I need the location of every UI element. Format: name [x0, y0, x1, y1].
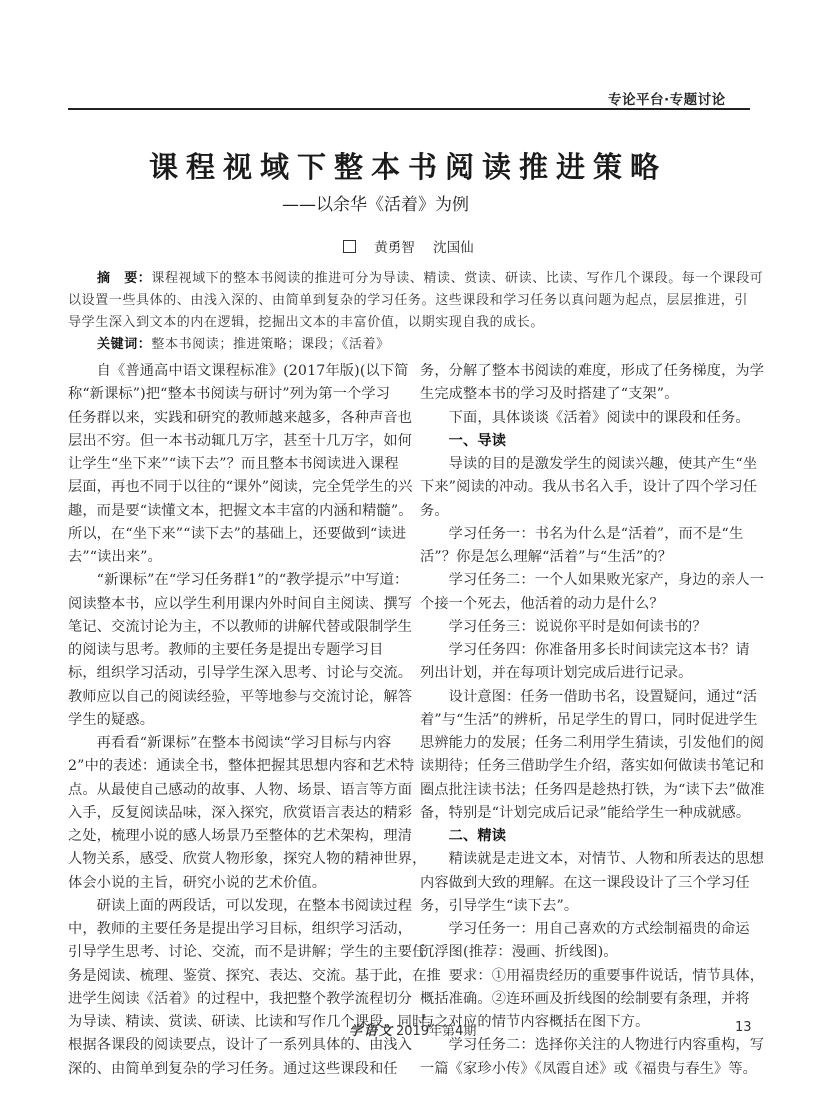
paragraph-line: 学习任务一：书名为什么是“活着”，而不是“生: [420, 523, 750, 543]
paragraph-line: 进学生阅读《活着》的过程中，我把整个教学流程切分: [68, 988, 398, 1008]
running-header-section: 专论平台·专题讨论: [608, 88, 726, 108]
paragraph-line: 精读就是走进文本，对情节、人物和所表达的思想: [420, 848, 750, 868]
paragraph-line: 个接一个死去，他活着的动力是什么？: [420, 593, 750, 613]
paragraph-line: “新课标”在“学习任务群1”的“教学提示”中写道：: [68, 569, 398, 589]
footer-journal-name: 学语文: [349, 1020, 394, 1039]
paragraph-line: 点。从最使自己感动的故事、人物、场景、语言等方面: [68, 779, 398, 799]
paragraph-line: 学生的疑惑。: [68, 709, 398, 729]
paragraph-line: 人物关系，感受、欣赏人物形象，探究人物的精神世界，: [68, 848, 398, 868]
keywords-label: 关键词：: [97, 337, 151, 352]
paragraph-line: 学习任务一：用自己喜欢的方式绘制福贵的命运: [420, 918, 750, 938]
paragraph-line: 导读的目的是激发学生的阅读兴趣，使其产生“坐: [420, 453, 750, 473]
header-rule: [68, 108, 750, 110]
paragraph-line: 体会小说的主旨，研究小说的艺术价值。: [68, 872, 398, 892]
author-name: 沈国仙: [433, 240, 474, 256]
paragraph-line: 自《普通高中语文课程标准》(2017年版)(以下简: [68, 360, 398, 380]
paragraph-line: 设计意图：任务一借助书名，设置疑问，通过“活: [420, 686, 750, 706]
paragraph-line: 称“新课标”)把“整本书阅读与研讨”列为第一个学习: [68, 383, 398, 403]
author-name: 黄勇智: [374, 240, 415, 256]
author-box-icon: [343, 240, 356, 253]
paragraph-line: 任务群以来，实践和研究的教师越来越多，各种声音也: [68, 407, 398, 427]
paragraph-line: 教师应以自己的阅读经验，平等地参与交流讨论，解答: [68, 686, 398, 706]
paragraph-line: 趣，而是要“读懂文本，把握文本丰富的内涵和精髓”。: [68, 500, 398, 520]
paragraph-line: 下来”阅读的冲动。我从书名入手，设计了四个学习任: [420, 476, 750, 496]
paragraph-line: 入手，反复阅读品味，深入探究，欣赏语言表达的精彩: [68, 802, 398, 822]
paragraph-line: 所以，在“坐下来”“读下去”的基础上，还要做到“读进: [68, 523, 398, 543]
keywords-text: 整本书阅读；推进策略；课段；《活着》: [151, 337, 389, 352]
abstract-line: 导学生深入到文本的内在逻辑，挖掘出文本的丰富价值，以期实现自我的成长。: [68, 311, 544, 330]
abstract-text: 课程视域下的整本书阅读的推进可分为导读、精读、赏读、研读、比读、写作几个课段。每…: [151, 271, 763, 286]
paragraph-line: 内容做到大致的理解。在这一课段设计了三个学习任: [420, 872, 750, 892]
paragraph-line: 要求：①用福贵经历的重要事件说话，情节具体，: [420, 965, 750, 985]
paragraph-line: 学习任务二：一个人如果败光家产，身边的亲人一: [420, 569, 750, 589]
paragraph-line: 引导学生思考、讨论、交流，而不是讲解；学生的主要任: [68, 941, 398, 961]
paragraph-line: 思辨能力的发展；任务二利用学生猜读，引发他们的阅: [420, 732, 750, 752]
paragraph-line: 阅读整本书，应以学生利用课内外时间自主阅读、撰写: [68, 593, 398, 613]
paragraph-line: 去”“读出来”。: [68, 546, 398, 566]
paragraph-line: 活”？你是怎么理解“活着”与“生活”的？: [420, 546, 750, 566]
paragraph-line: 生完成整本书的学习及时搭建了“支架”。: [420, 383, 750, 403]
paragraph-line: 下面，具体谈谈《活着》阅读中的课段和任务。: [420, 407, 750, 427]
paragraph-line: 务是阅读、梳理、鉴赏、探究、表达、交流。基于此，在推: [68, 965, 398, 985]
paragraph-line: 层出不穷。但一本书动辄几万字，甚至十几万字，如何: [68, 430, 398, 450]
paragraph-line: 研读上面的两段话，可以发现，在整本书阅读过程: [68, 895, 398, 915]
paragraph-line: 一篇《家珍小传》《凤霞自述》或《福贵与春生》等。: [420, 1058, 750, 1078]
paragraph-line: 标，组织学习活动，引导学生深入思考、讨论与交流。: [68, 662, 398, 682]
section-heading: 二、精读: [420, 825, 750, 845]
paragraph-line: 着”与“生活”的辨析，吊足学生的胃口，同时促进学生: [420, 709, 750, 729]
page-number: 13: [735, 1020, 752, 1035]
paragraph-line: 圈点批注读书法；任务四是趁热打铁，为“读下去”做准: [420, 779, 750, 799]
paragraph-line: 概括准确。②连环画及折线图的绘制要有条理，并将: [420, 988, 750, 1008]
paragraph-line: 列出计划，并在每项计划完成后进行记录。: [420, 662, 750, 682]
abstract-line: 摘 要：课程视域下的整本书阅读的推进可分为导读、精读、赏读、研读、比读、写作几个…: [97, 267, 763, 286]
paragraph-line: 务，引导学生“读下去”。: [420, 895, 750, 915]
abstract-line: 以设置一些具体的、由浅入深的、由简单到复杂的学习任务。这些课段和学习任务以真问题…: [68, 289, 748, 308]
article-subtitle: ——以余华《活着》为例: [282, 190, 469, 215]
paragraph-line: 笔记、交流讨论为主，不以教师的讲解代替或限制学生: [68, 616, 398, 636]
keywords-line: 关键词：整本书阅读；推进策略；课段；《活着》: [97, 333, 390, 352]
paragraph-line: 中，教师的主要任务是提出学习目标，组织学习活动，: [68, 918, 398, 938]
footer-issue: 2019年第4期: [396, 1020, 476, 1039]
abstract-label: 摘 要：: [97, 271, 151, 286]
paragraph-line: 之处，梳理小说的感人场景乃至整体的艺术架构，理清: [68, 825, 398, 845]
paragraph-line: 务，分解了整本书阅读的难度，形成了任务梯度，为学: [420, 360, 750, 380]
paragraph-line: 的阅读与思考。教师的主要任务是提出专题学习目: [68, 639, 398, 659]
paragraph-line: 沉浮图(推荐：漫画、折线图)。: [420, 941, 750, 961]
paragraph-line: 学习任务四：你准备用多长时间读完这本书？请: [420, 639, 750, 659]
paragraph-line: 务。: [420, 500, 750, 520]
paragraph-line: 让学生“坐下来”“读下去”？而且整本书阅读进入课程: [68, 453, 398, 473]
paragraph-line: 备，特别是“计划完成后记录”能给学生一种成就感。: [420, 802, 750, 822]
paragraph-line: 层面，再也不同于以往的“课外”阅读，完全凭学生的兴: [68, 476, 398, 496]
paragraph-line: 2”中的表述：通读全书，整体把握其思想内容和艺术特: [68, 755, 398, 775]
paragraph-line: 读期待；任务三借助学生介绍，落实如何做读书笔记和: [420, 755, 750, 775]
paragraph-line: 深的、由简单到复杂的学习任务。通过这些课段和任: [68, 1058, 398, 1078]
author-line: 黄勇智 沈国仙: [343, 236, 488, 256]
paragraph-line: 学习任务三：说说你平时是如何读书的？: [420, 616, 750, 636]
section-heading: 一、导读: [420, 430, 750, 450]
article-title: 课程视域下整本书阅读推进策略: [0, 145, 816, 186]
paragraph-line: 再看看“新课标”在整本书阅读“学习目标与内容: [68, 732, 398, 752]
